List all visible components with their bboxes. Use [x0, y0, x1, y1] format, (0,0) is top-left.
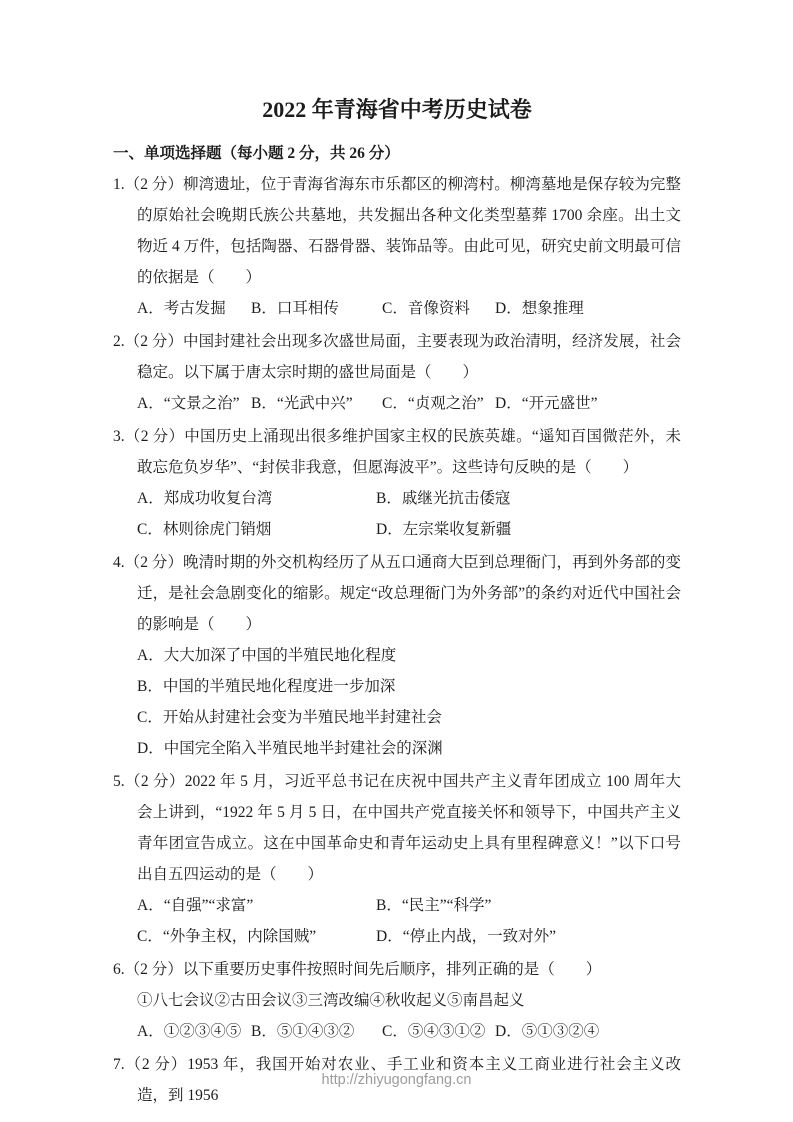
option: C．“贞观之治” [382, 388, 495, 419]
question-stem: 1.（2 分）柳湾遗址，位于青海省海东市乐都区的柳湾村。柳湾墓地是保存较为完整的… [113, 169, 681, 293]
option: A．“文景之治” [137, 388, 251, 419]
question-stem: 6.（2 分）以下重要历史事件按照时间先后顺序，排列正确的是（ ） [113, 954, 681, 985]
option: A．①②③④⑤ [137, 1016, 251, 1047]
question: 6.（2 分）以下重要历史事件按照时间先后顺序，排列正确的是（ ）①八七会议②古… [113, 954, 681, 1047]
question: 2.（2 分）中国封建社会出现多次盛世局面，主要表现为政治清明，经济发展，社会稳… [113, 326, 681, 419]
question: 3.（2 分）中国历史上涌现出很多维护国家主权的民族英雄。“遥知百国微茫外，未敢… [113, 421, 681, 545]
options-row: A．考古发掘B．口耳相传C．音像资料D．想象推理 [113, 293, 681, 324]
option: A．“自强”“求富” [137, 890, 376, 921]
options-row: A．“文景之治”B．“光武中兴”C．“贞观之治”D．“开元盛世” [113, 388, 681, 419]
option: D．⑤①③②④ [495, 1016, 681, 1047]
section-header: 一、单项选择题（每小题 2 分，共 26 分） [113, 143, 681, 165]
question: 4.（2 分）晚清时期的外交机构经历了从五口通商大臣到总理衙门，再到外务部的变迁… [113, 547, 681, 764]
question-stem: 4.（2 分）晚清时期的外交机构经历了从五口通商大臣到总理衙门，再到外务部的变迁… [113, 547, 681, 640]
footer-url: http://zhiyugongfang.cn [0, 1072, 793, 1088]
question: 1.（2 分）柳湾遗址，位于青海省海东市乐都区的柳湾村。柳湾墓地是保存较为完整的… [113, 169, 681, 324]
option: B．⑤①④③② [251, 1016, 382, 1047]
option: D．“停止内战，一致对外” [376, 921, 681, 952]
option: C．林则徐虎门销烟 [137, 514, 376, 545]
option: C．“外争主权，内除国贼” [137, 921, 376, 952]
option: C．⑤④③①② [382, 1016, 495, 1047]
question-sequence-line: ①八七会议②古田会议③三湾改编④秋收起义⑤南昌起义 [113, 985, 681, 1016]
option: D．中国完全陷入半殖民地半封建社会的深渊 [137, 733, 681, 764]
page-title: 2022 年青海省中考历史试卷 [113, 95, 681, 125]
option: B．戚继光抗击倭寇 [376, 483, 681, 514]
questions: 1.（2 分）柳湾遗址，位于青海省海东市乐都区的柳湾村。柳湾墓地是保存较为完整的… [113, 169, 681, 1111]
options-row: A．“自强”“求富”B．“民主”“科学”C．“外争主权，内除国贼”D．“停止内战… [113, 890, 681, 952]
question-stem: 5.（2 分）2022 年 5 月，习近平总书记在庆祝中国共产主义青年团成立 1… [113, 766, 681, 890]
options-row: A．大大加深了中国的半殖民地化程度B．中国的半殖民地化程度进一步加深C．开始从封… [113, 640, 681, 764]
options-row: A．①②③④⑤B．⑤①④③②C．⑤④③①②D．⑤①③②④ [113, 1016, 681, 1047]
option: B．“民主”“科学” [376, 890, 681, 921]
option: B．“光武中兴” [251, 388, 382, 419]
question-stem: 3.（2 分）中国历史上涌现出很多维护国家主权的民族英雄。“遥知百国微茫外，未敢… [113, 421, 681, 483]
option: D．“开元盛世” [495, 388, 681, 419]
option: B．中国的半殖民地化程度进一步加深 [137, 671, 681, 702]
options-row: A．郑成功收复台湾B．戚继光抗击倭寇C．林则徐虎门销烟D．左宗棠收复新疆 [113, 483, 681, 545]
question-stem: 2.（2 分）中国封建社会出现多次盛世局面，主要表现为政治清明，经济发展，社会稳… [113, 326, 681, 388]
option: D．左宗棠收复新疆 [376, 514, 681, 545]
option: A．考古发掘 [137, 293, 251, 324]
exam-page: 2022 年青海省中考历史试卷 一、单项选择题（每小题 2 分，共 26 分） … [0, 0, 793, 1122]
option: C．音像资料 [382, 293, 495, 324]
question: 5.（2 分）2022 年 5 月，习近平总书记在庆祝中国共产主义青年团成立 1… [113, 766, 681, 952]
option: A．郑成功收复台湾 [137, 483, 376, 514]
option: D．想象推理 [495, 293, 681, 324]
option: C．开始从封建社会变为半殖民地半封建社会 [137, 702, 681, 733]
option: B．口耳相传 [251, 293, 382, 324]
option: A．大大加深了中国的半殖民地化程度 [137, 640, 681, 671]
